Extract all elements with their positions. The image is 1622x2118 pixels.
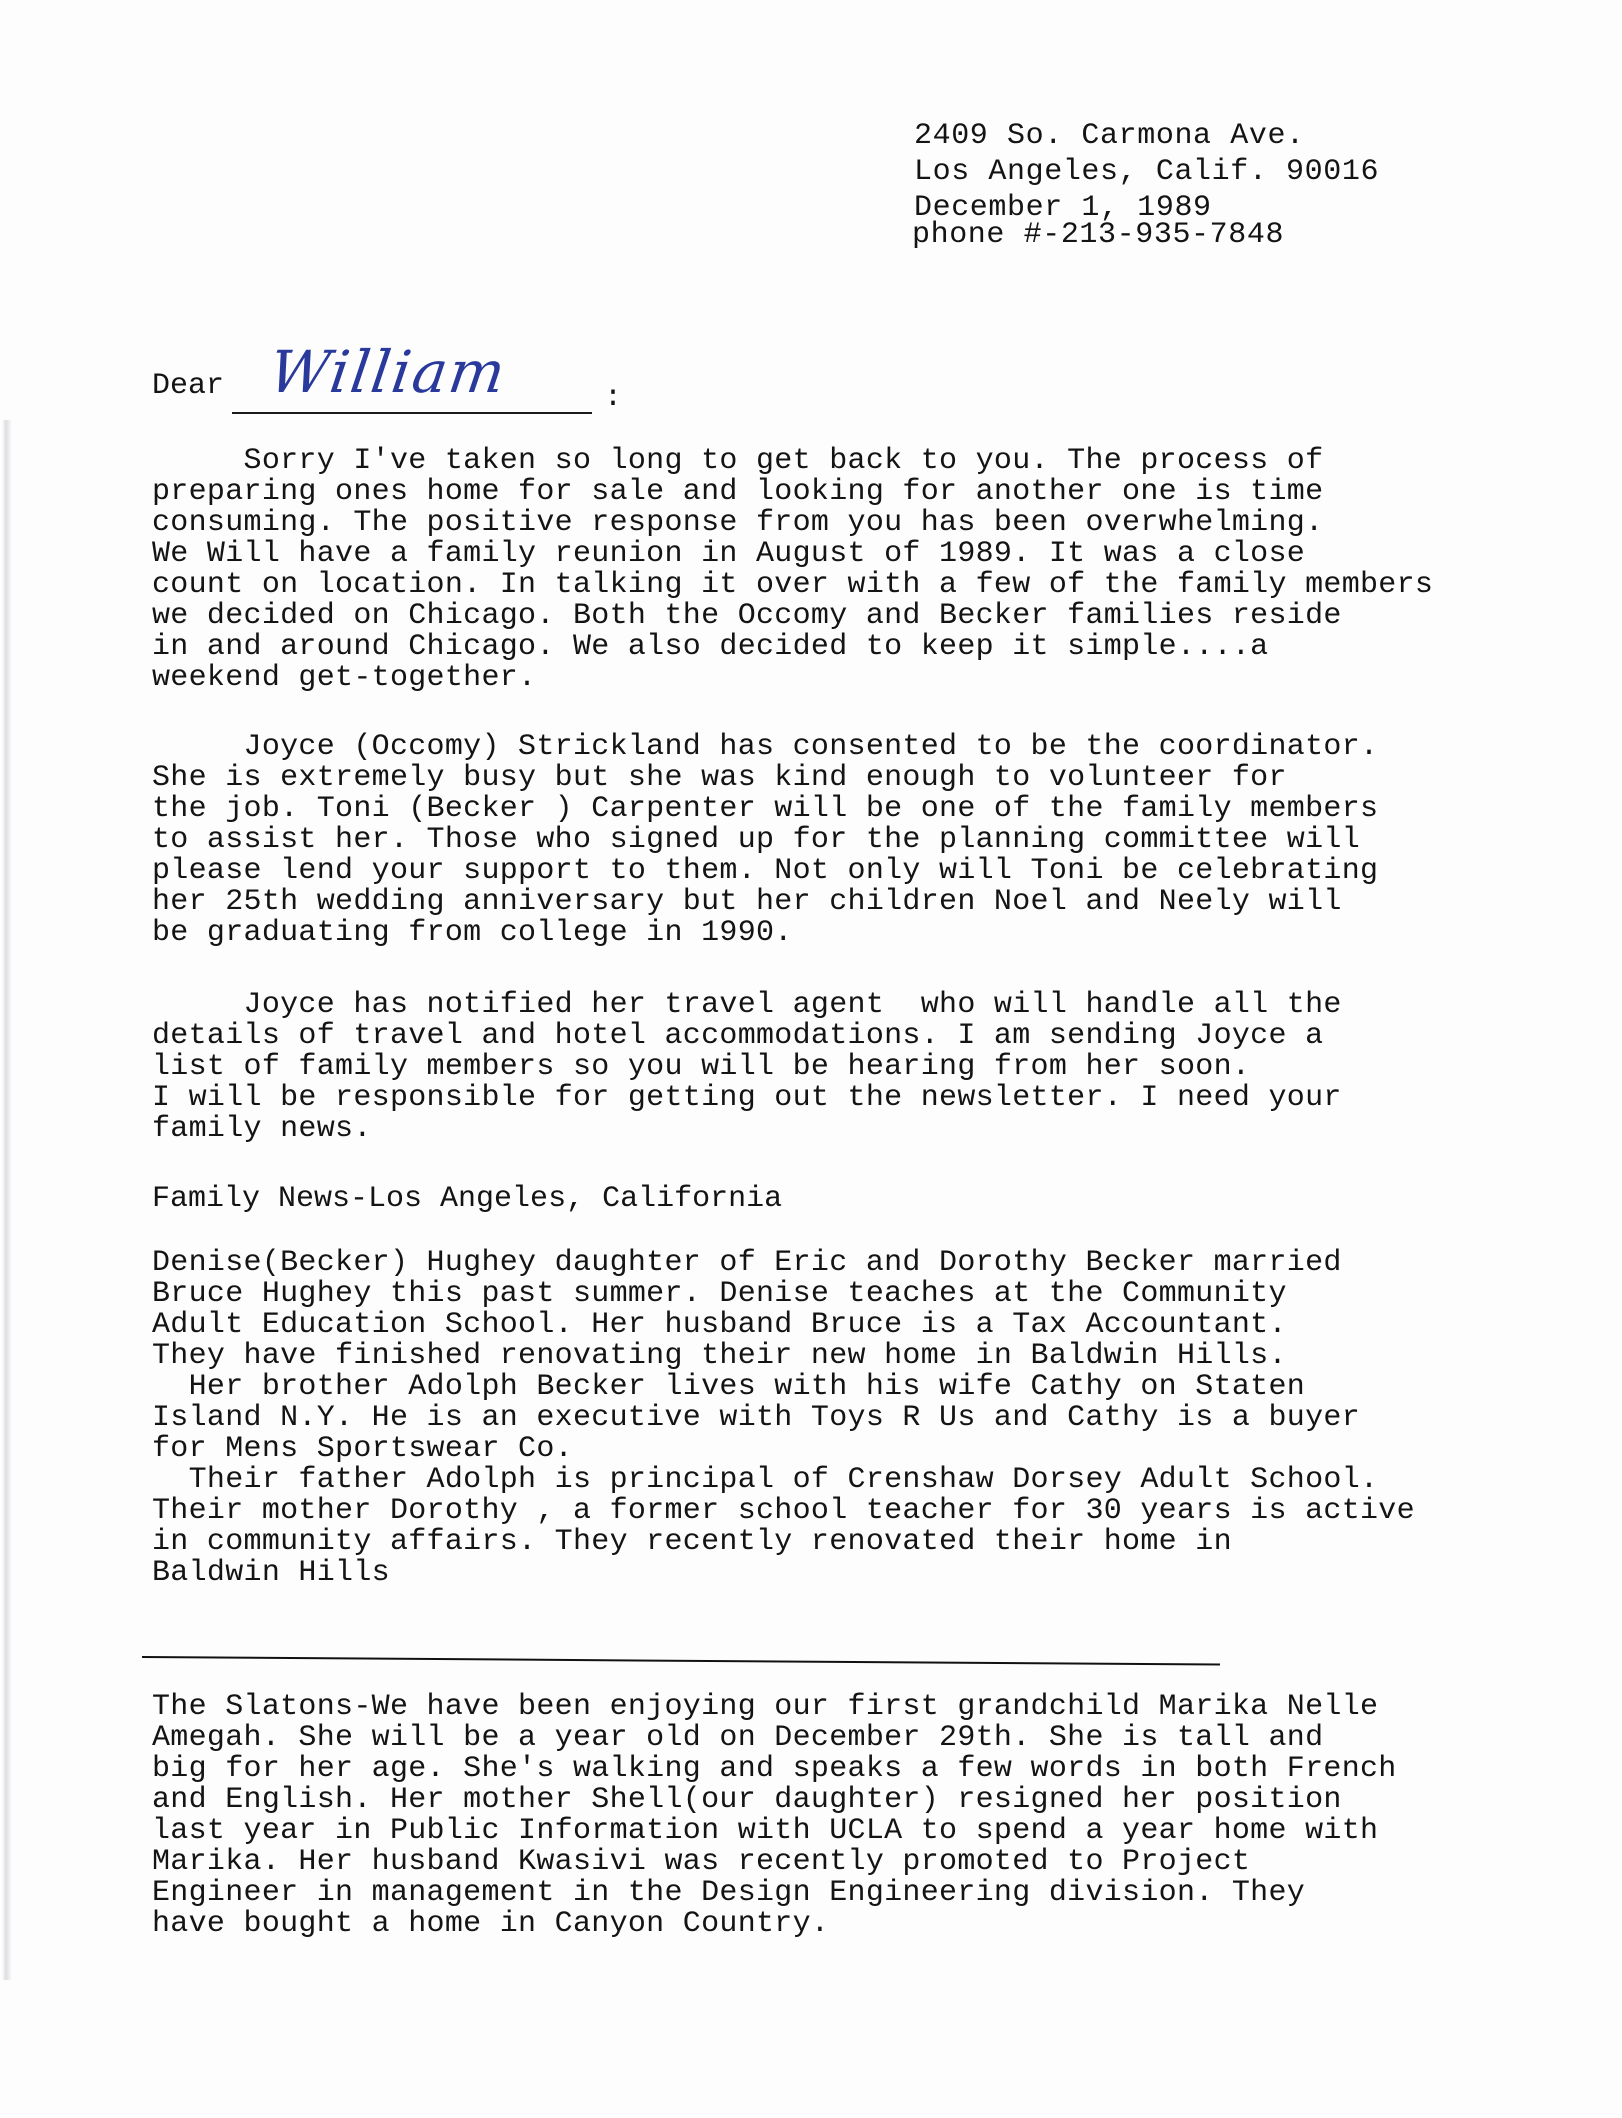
text-line: They have finished renovating their new …: [152, 1341, 1572, 1372]
text-line: Adult Education School. Her husband Bruc…: [152, 1310, 1572, 1341]
text-line: Her brother Adolph Becker lives with his…: [152, 1372, 1572, 1403]
phone-number: phone #-213-935-7848: [912, 217, 1284, 253]
text-line: we decided on Chicago. Both the Occomy a…: [152, 601, 1572, 632]
text-line: Their father Adolph is principal of Cren…: [152, 1465, 1572, 1496]
text-line: She is extremely busy but she was kind e…: [152, 763, 1572, 794]
news-slatons: The Slatons-We have been enjoying our fi…: [152, 1692, 1572, 1940]
text-line: Marika. Her husband Kwasivi was recently…: [152, 1847, 1572, 1878]
text-line: weekend get-together.: [152, 663, 1572, 694]
letter-page: 2409 So. Carmona Ave. Los Angeles, Calif…: [0, 0, 1622, 2118]
text-line: count on location. In talking it over wi…: [152, 570, 1572, 601]
paragraph-coordinator: Joyce (Occomy) Strickland has consented …: [152, 732, 1572, 949]
text-line: in and around Chicago. We also decided t…: [152, 632, 1572, 663]
text-line: please lend your support to them. Not on…: [152, 856, 1572, 887]
handwritten-recipient-name: William: [265, 338, 511, 406]
text-line: Joyce (Occomy) Strickland has consented …: [152, 732, 1572, 763]
text-line: big for her age. She's walking and speak…: [152, 1754, 1572, 1785]
text-line: and English. Her mother Shell(our daught…: [152, 1785, 1572, 1816]
text-line: have bought a home in Canyon Country.: [152, 1909, 1572, 1940]
text-line: Baldwin Hills: [152, 1558, 1572, 1589]
text-line: I will be responsible for getting out th…: [152, 1083, 1572, 1114]
text-line: consuming. The positive response from yo…: [152, 508, 1572, 539]
text-line: in community affairs. They recently reno…: [152, 1527, 1572, 1558]
text-line: the job. Toni (Becker ) Carpenter will b…: [152, 794, 1572, 825]
text-line: We Will have a family reunion in August …: [152, 539, 1572, 570]
paragraph-intro: Sorry I've taken so long to get back to …: [152, 446, 1572, 694]
text-line: preparing ones home for sale and looking…: [152, 477, 1572, 508]
news-becker-family: Denise(Becker) Hughey daughter of Eric a…: [152, 1248, 1572, 1589]
text-line: family news.: [152, 1114, 1572, 1145]
section-divider-line: [142, 1656, 1220, 1666]
address-line-1: 2409 So. Carmona Ave.: [914, 118, 1379, 154]
text-line: to assist her. Those who signed up for t…: [152, 825, 1572, 856]
text-line: Engineer in management in the Design Eng…: [152, 1878, 1572, 1909]
salutation-blank-line: [232, 412, 592, 414]
scan-edge-shadow: [2, 420, 12, 1980]
text-line: Amegah. She will be a year old on Decemb…: [152, 1723, 1572, 1754]
text-line: The Slatons-We have been enjoying our fi…: [152, 1692, 1572, 1723]
address-line-2: Los Angeles, Calif. 90016: [914, 154, 1379, 190]
text-line: Their mother Dorothy , a former school t…: [152, 1496, 1572, 1527]
salutation-prefix: Dear: [152, 368, 224, 404]
text-line: Sorry I've taken so long to get back to …: [152, 446, 1572, 477]
text-line: Bruce Hughey this past summer. Denise te…: [152, 1279, 1572, 1310]
family-news-heading: Family News-Los Angeles, California: [152, 1181, 782, 1217]
sender-address-block: 2409 So. Carmona Ave. Los Angeles, Calif…: [914, 118, 1379, 226]
text-line: last year in Public Information with UCL…: [152, 1816, 1572, 1847]
text-line: Denise(Becker) Hughey daughter of Eric a…: [152, 1248, 1572, 1279]
text-line: her 25th wedding anniversary but her chi…: [152, 887, 1572, 918]
text-line: for Mens Sportswear Co.: [152, 1434, 1572, 1465]
paragraph-travel: Joyce has notified her travel agent who …: [152, 990, 1572, 1145]
text-line: details of travel and hotel accommodatio…: [152, 1021, 1572, 1052]
text-line: Island N.Y. He is an executive with Toys…: [152, 1403, 1572, 1434]
text-line: Joyce has notified her travel agent who …: [152, 990, 1572, 1021]
salutation-colon: :: [604, 380, 622, 416]
text-line: be graduating from college in 1990.: [152, 918, 1572, 949]
text-line: list of family members so you will be he…: [152, 1052, 1572, 1083]
